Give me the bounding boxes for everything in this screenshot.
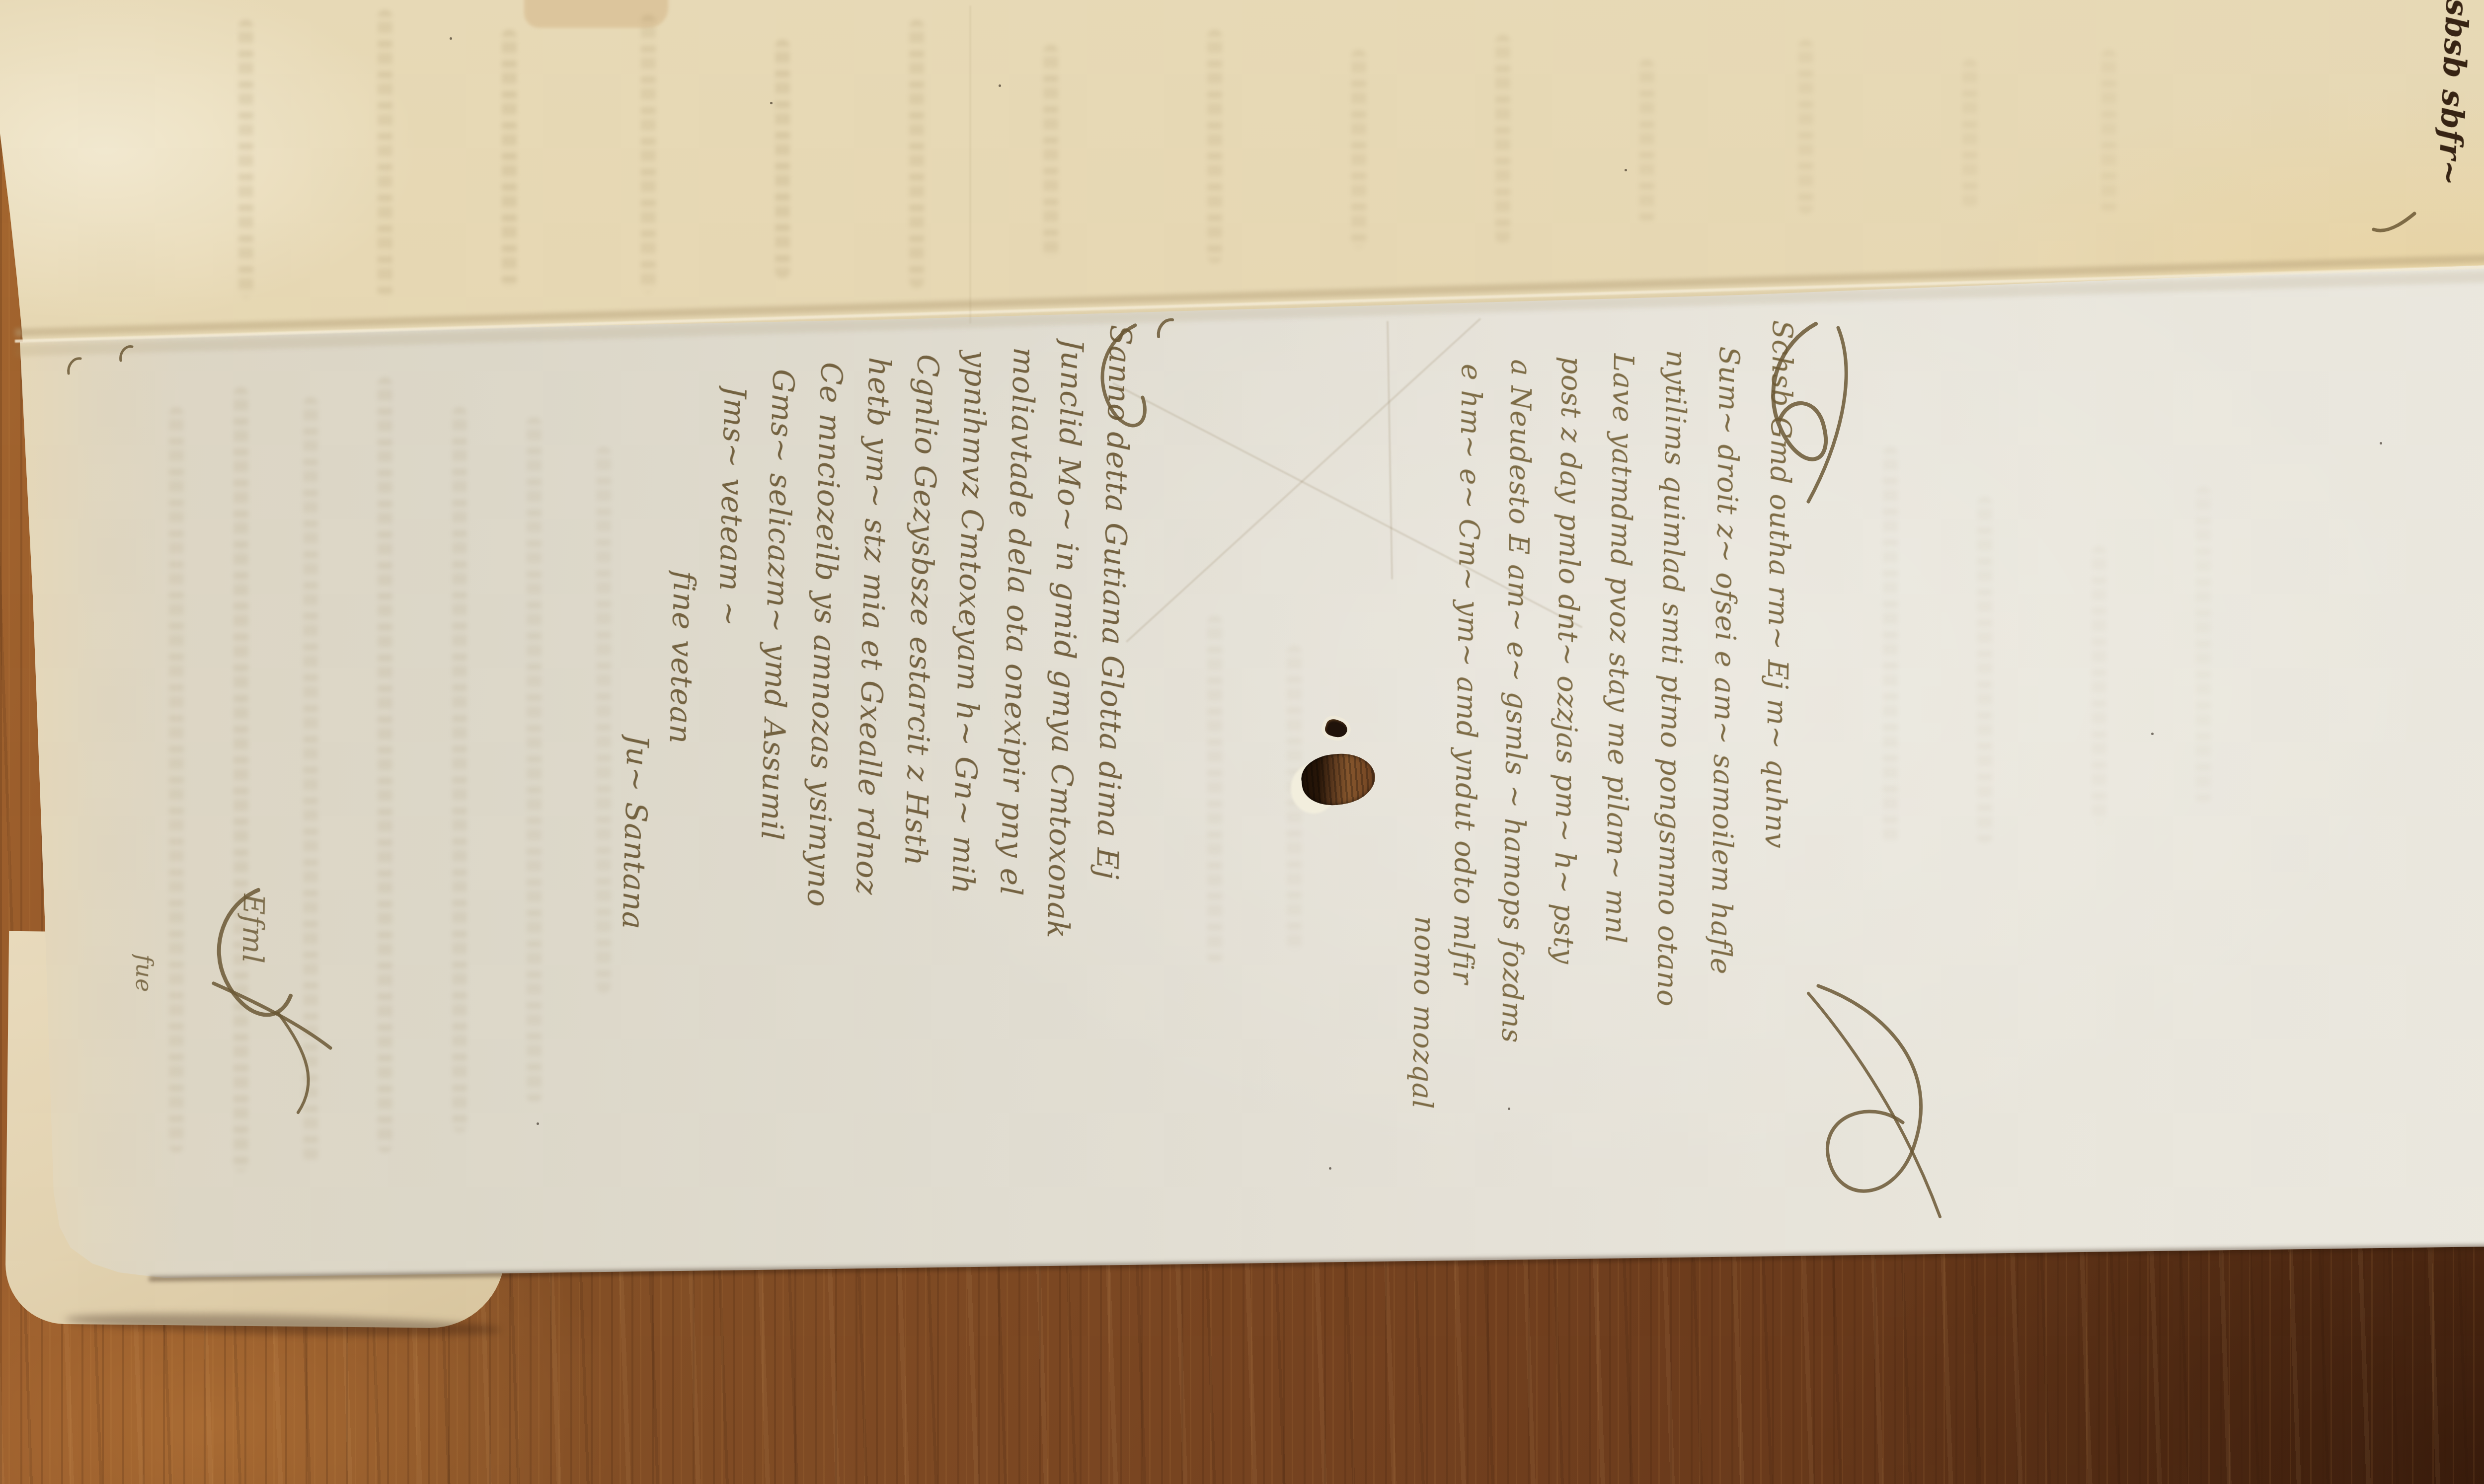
dust-speck — [450, 37, 452, 40]
bleedthrough-mark — [596, 447, 611, 993]
bleedthrough-mark — [452, 407, 467, 1132]
dust-speck — [2151, 733, 2154, 735]
bleedthrough-mark — [1207, 616, 1222, 964]
bleedthrough-mark — [233, 387, 248, 1172]
handwriting-closing-line: nomo mozqal — [1405, 916, 1441, 1165]
crease-line — [970, 6, 971, 324]
bleedthrough-mark — [1883, 447, 1898, 844]
manuscript-photo: Sanno detta Gutiana Glotta dima Ej Juncl… — [0, 0, 2484, 1484]
bleedthrough-mark — [1207, 30, 1222, 263]
margin-mark-small: fue — [130, 954, 158, 1054]
margin-mark-large: Efml — [234, 893, 271, 1043]
bleedthrough-mark — [1639, 60, 1654, 223]
dust-speck — [1625, 169, 1627, 171]
bleedthrough-mark — [1351, 50, 1366, 248]
dust-speck — [2380, 442, 2382, 445]
bleedthrough-mark — [2092, 546, 2106, 824]
bleedthrough-mark — [2196, 487, 2211, 805]
handwriting-signature: fine vetean — [662, 570, 701, 785]
bleedthrough-mark — [527, 417, 542, 1103]
bleedthrough-mark — [169, 407, 184, 1152]
dust-speck — [770, 102, 773, 104]
bleedthrough-mark — [502, 30, 517, 288]
bleedthrough-mark — [909, 20, 924, 288]
bleedthrough-mark — [378, 10, 392, 298]
bleedthrough-mark — [641, 15, 656, 293]
bleedthrough-mark — [303, 397, 318, 1162]
dust-speck — [999, 84, 1001, 87]
bleedthrough-mark — [1798, 40, 1813, 214]
handwriting-signature: Ju~ Santana — [614, 734, 655, 993]
bleedthrough-mark — [2101, 50, 2116, 214]
bleedthrough-mark — [1977, 497, 1992, 844]
bleedthrough-mark — [1962, 60, 1977, 209]
bleedthrough-mark — [1043, 45, 1058, 258]
bleedthrough-mark — [378, 377, 392, 1152]
bleedthrough-mark — [1495, 35, 1510, 243]
dust-speck — [537, 1122, 539, 1125]
bleedthrough-mark — [775, 40, 790, 278]
dust-speck — [1329, 1167, 1331, 1170]
bleedthrough-mark — [238, 20, 253, 298]
